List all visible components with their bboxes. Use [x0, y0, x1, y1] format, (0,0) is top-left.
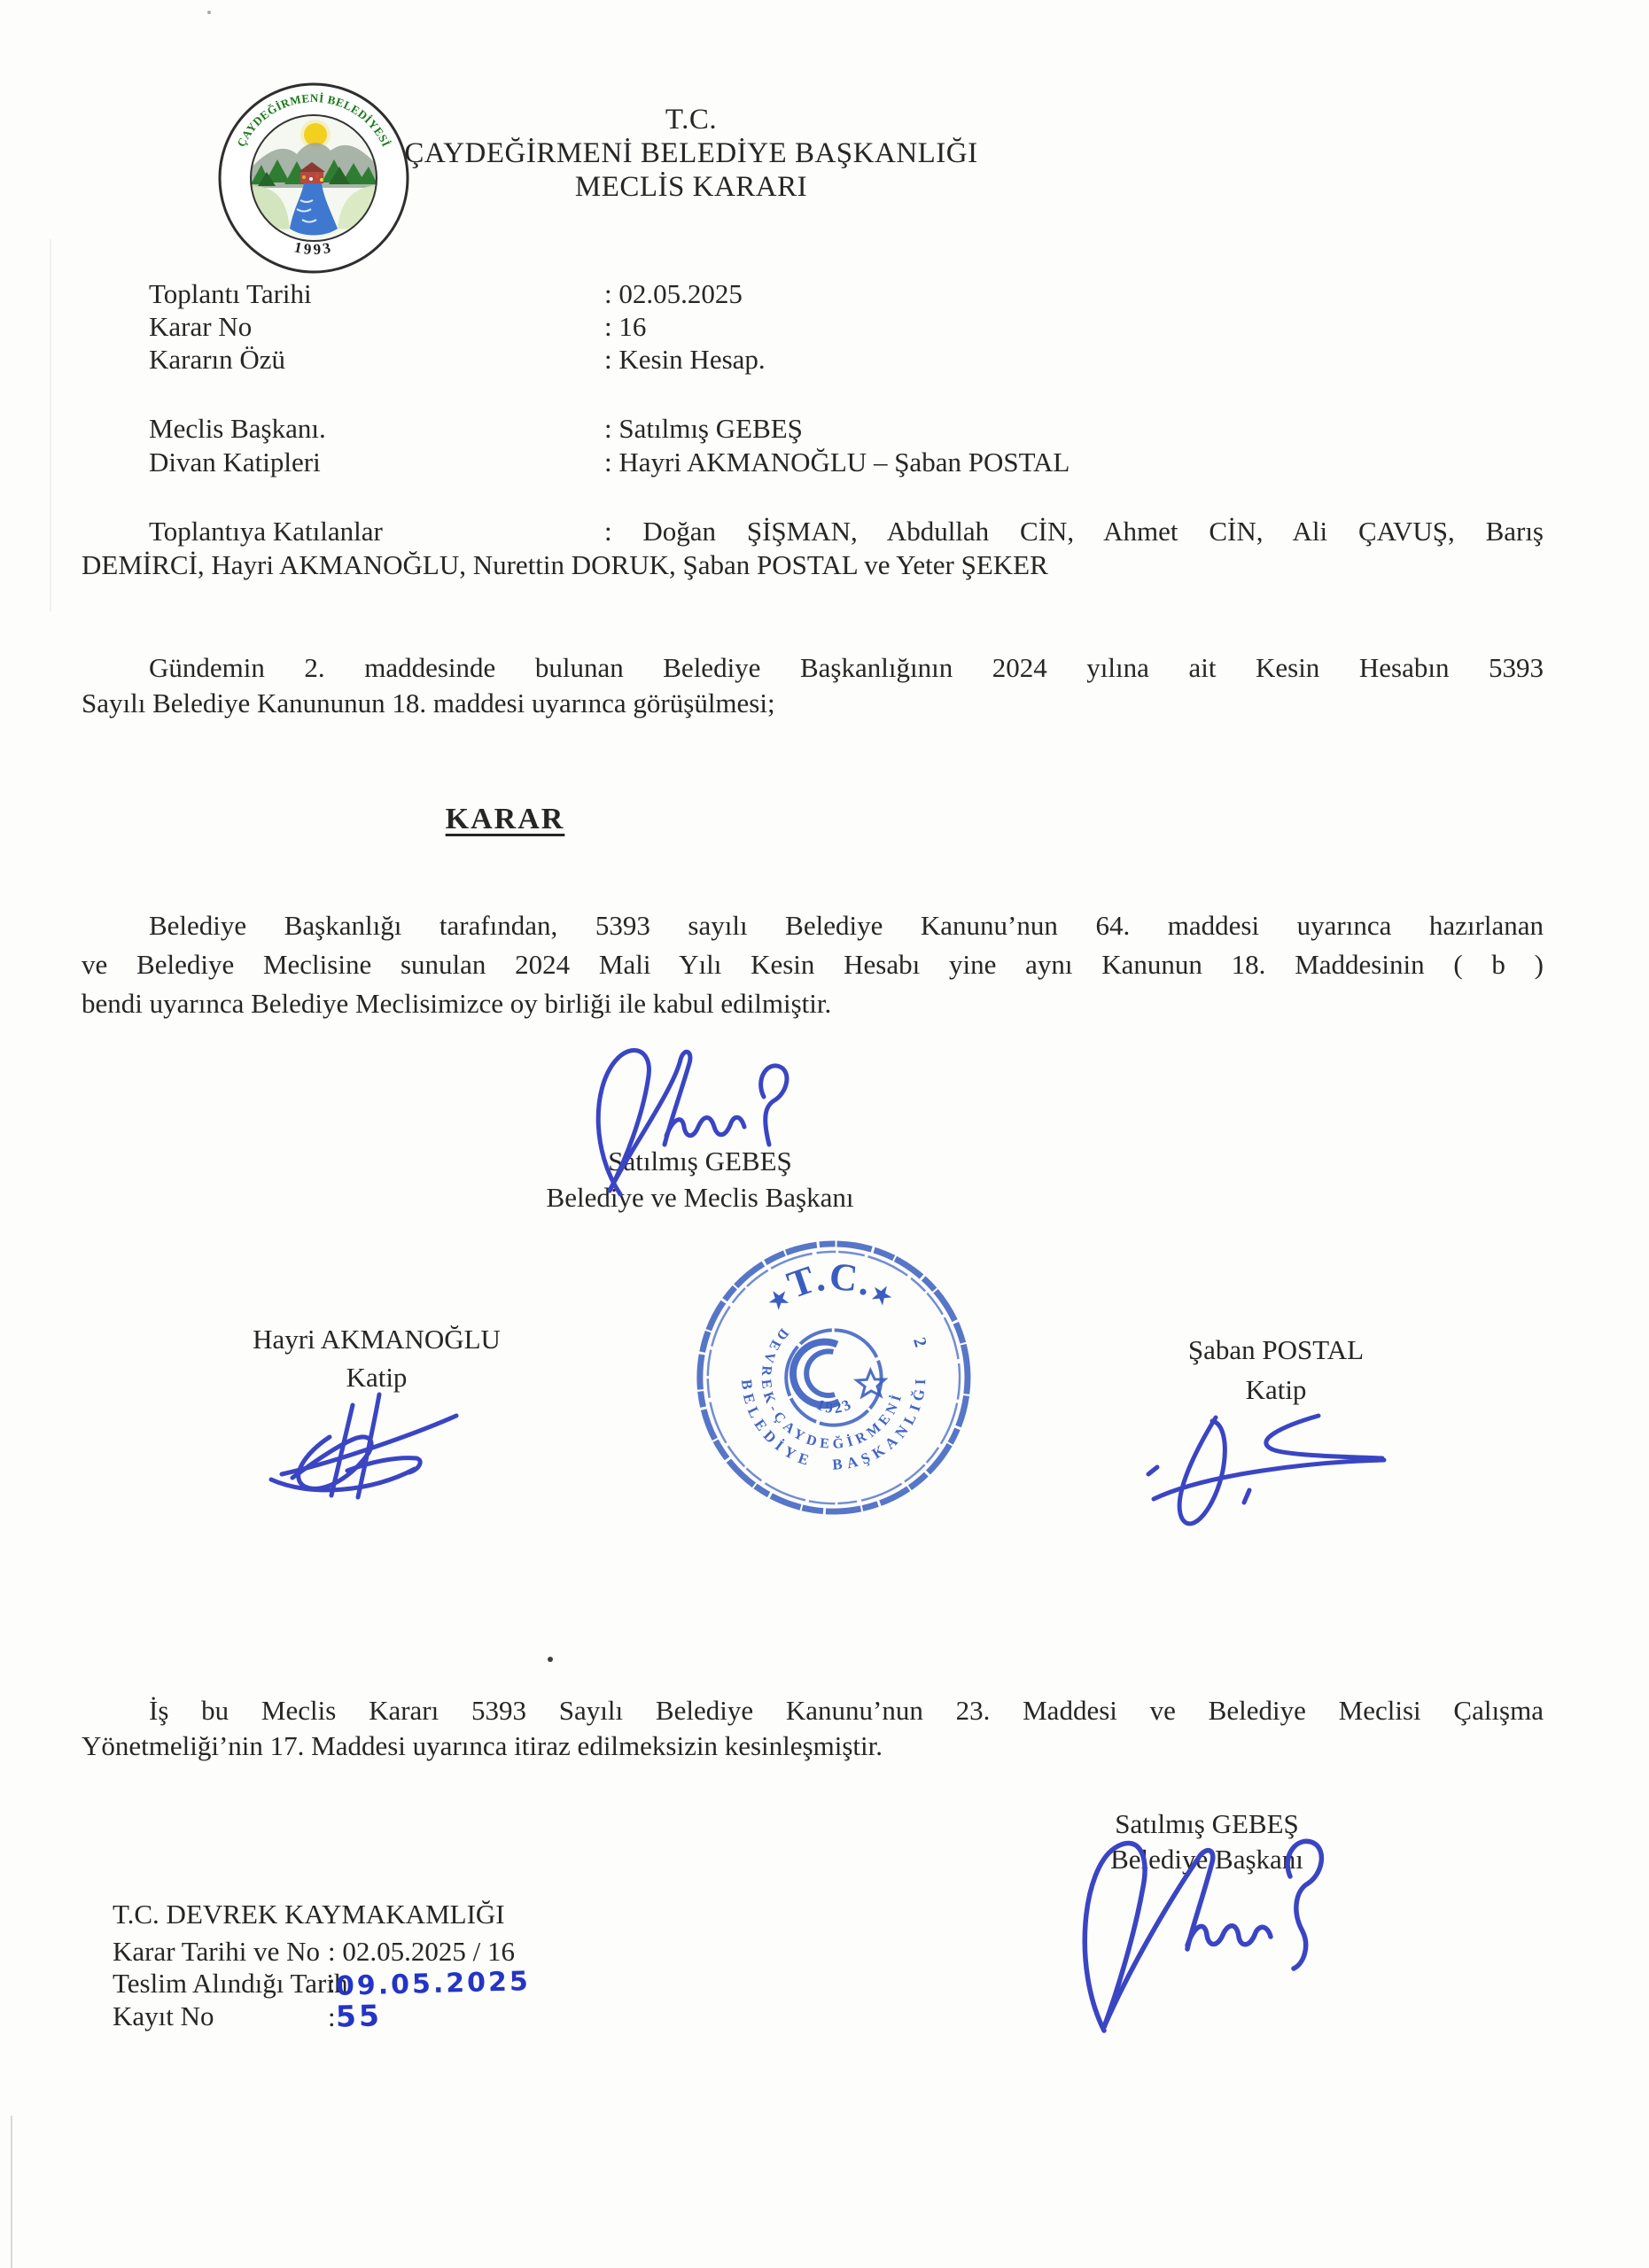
attendees-line2: DEMİRCİ, Hayri AKMANOĞLU, Nurettin DORUK…	[82, 548, 1048, 582]
registry-label-received-date: Teslim Alındığı Tarih	[113, 1967, 347, 2000]
svg-text:★T.C.★: ★T.C.★	[762, 1253, 899, 1317]
mayor-center-title: Belediye ve Meclis Başkanı	[390, 1181, 1010, 1215]
decision-heading: KARAR	[372, 803, 638, 836]
stamp-star-icon	[856, 1370, 885, 1396]
header-municipality: ÇAYDEĞİRMENİ BELEDİYE BAŞKANLIĞI	[71, 136, 1311, 170]
decision-line1: Belediye Başkanlığı tarafından, 5393 say…	[149, 909, 1544, 943]
registry-label-decision-date-no: Karar Tarihi ve No	[113, 1935, 320, 1969]
svg-text:DEVREK-ÇAYDEĞİRMENİ: DEVREK-ÇAYDEĞİRMENİ	[756, 1321, 907, 1455]
header-decision-type: MECLİS KARARI	[71, 170, 1311, 204]
scan-speck	[207, 11, 211, 14]
scan-speck	[548, 1657, 553, 1662]
registry-label-record-no: Kayıt No	[113, 2000, 214, 2033]
stamp-crescent-outer	[792, 1341, 839, 1406]
stamp-top-text: ★T.C.★	[762, 1253, 899, 1317]
mayor-bottom-title: Belediye Başkanı	[985, 1843, 1428, 1876]
svg-text:1923: 1923	[813, 1394, 856, 1417]
scan-edge-line	[50, 239, 51, 611]
header-tc: T.C.	[71, 103, 1311, 136]
meta-label-meeting-date: Toplantı Tarihi	[149, 277, 312, 311]
stamp-spiral-text: DEVREK-ÇAYDEĞİRMENİ	[756, 1321, 907, 1455]
stamp-crescent-inner	[805, 1351, 835, 1396]
meta-label-clerks: Divan Katipleri	[149, 446, 321, 479]
registry-value-record-no-handwritten: 55	[335, 1999, 382, 2033]
clerk-left-signature	[271, 1394, 456, 1497]
stamp-year-text: 1923	[813, 1394, 856, 1417]
clerk-left-title: Katip	[155, 1361, 598, 1394]
mayor-center-name: Satılmış GEBEŞ	[390, 1145, 1010, 1178]
meta-label-decision-summary: Kararın Özü	[149, 343, 285, 377]
stamp-ring-text: BELEDİYE BAŞKANLIĞI	[738, 1372, 932, 1477]
meta-value-clerks: : Hayri AKMANOĞLU – Şaban POSTAL	[604, 446, 1070, 479]
attendees-label: Toplantıya Katılanlar	[149, 515, 383, 548]
attendees-line1: : Doğan ŞİŞMAN, Abdullah CİN, Ahmet CİN,…	[604, 515, 1544, 548]
meta-value-council-chairman: : Satılmış GEBEŞ	[604, 412, 803, 446]
clerk-right-title: Katip	[1054, 1373, 1497, 1407]
decision-line2: ve Belediye Meclisine sunulan 2024 Mali …	[82, 948, 1544, 982]
finality-line2: Yönetmeliği’nin 17. Maddesi uyarınca iti…	[82, 1729, 883, 1763]
logo-year-text: 1993	[292, 238, 334, 258]
registry-colon: :	[328, 2001, 336, 2032]
clerk-left-name: Hayri AKMANOĞLU	[155, 1323, 598, 1356]
official-round-stamp: ★T.C.★ BELEDİYE BAŞKANLIĞI DEVREK-ÇAYDEĞ…	[688, 1232, 979, 1528]
registry-title: T.C. DEVREK KAYMAKAMLIĞI	[113, 1898, 505, 1931]
stamp-number-text: 2	[909, 1335, 930, 1349]
scan-edge-line	[11, 2116, 12, 2268]
agenda-line2: Sayılı Belediye Kanununun 18. maddesi uy…	[82, 687, 775, 720]
registry-value-decision-date-no: : 02.05.2025 / 16	[328, 1935, 515, 1969]
meta-label-council-chairman: Meclis Başkanı.	[149, 412, 326, 446]
meta-value-decision-no: : 16	[604, 310, 646, 344]
decision-line3: bendi uyarınca Belediye Meclisimizce oy …	[82, 987, 831, 1021]
mayor-bottom-name: Satılmış GEBEŞ	[985, 1807, 1428, 1841]
registry-received-date-row: :09.05.2025	[328, 1967, 530, 2001]
meta-value-meeting-date: : 02.05.2025	[604, 277, 743, 311]
finality-line1: İş bu Meclis Kararı 5393 Sayılı Belediye…	[149, 1694, 1544, 1728]
clerk-right-signature	[1148, 1416, 1384, 1524]
meta-label-decision-no: Karar No	[149, 310, 252, 344]
svg-text:BELEDİYE BAŞKANLIĞI: BELEDİYE BAŞKANLIĞI	[738, 1372, 932, 1477]
svg-text:1993: 1993	[292, 238, 334, 258]
clerk-right-name: Şaban POSTAL	[1054, 1333, 1497, 1367]
meta-value-decision-summary: : Kesin Hesap.	[604, 343, 766, 377]
registry-colon: :	[328, 1968, 336, 1999]
agenda-line1: Gündemin 2. maddesinde bulunan Belediye …	[149, 651, 1544, 685]
registry-record-no-row: :55	[328, 2000, 382, 2034]
scanned-council-decision-document: ÇAYDEĞİRMENİ BELEDİYESİ 1993 T.C. ÇAYDEĞ…	[0, 0, 1649, 2268]
